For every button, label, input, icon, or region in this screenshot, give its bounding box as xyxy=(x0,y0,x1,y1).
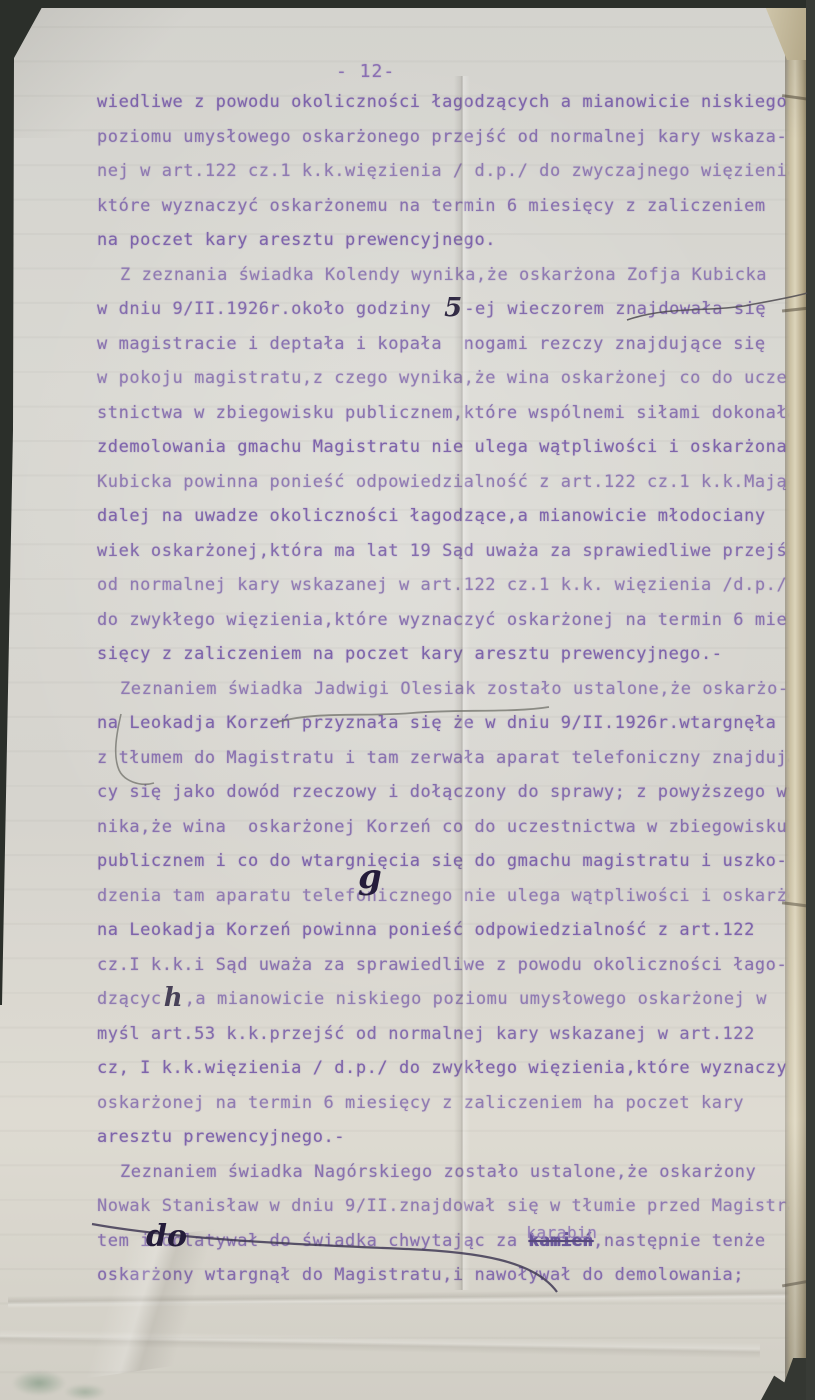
typed-text: dalej na uwadze okoliczności łagodzące,a… xyxy=(97,506,766,526)
typed-text: -ej wieczorem znajdowała się xyxy=(464,299,766,319)
typed-text: oskarżony wtargnął do Magistratu,i nawoł… xyxy=(97,1265,744,1285)
typed-text: wiedliwe z powodu okoliczności łagodzący… xyxy=(97,92,787,112)
typed-line: Zeznaniem świadka Jadwigi Olesiak został… xyxy=(97,672,811,707)
typed-line: Kubicka powinna ponieść odpowiedzialność… xyxy=(97,465,811,500)
typed-text: dzenia tam aparatu telefonicznego nie ul… xyxy=(97,886,798,906)
typed-line: oskarżonej na termin 6 miesięcy z zalicz… xyxy=(97,1086,811,1121)
typed-text: Nowak Stanisław w dniu 9/II.znajdował si… xyxy=(97,1196,798,1216)
typed-line: od normalnej kary wskazanej w art.122 cz… xyxy=(97,568,811,603)
typed-word-above: karabin xyxy=(526,1216,597,1251)
typed-text: na Leokadja Korzeń powinna ponieść odpow… xyxy=(97,920,755,940)
typed-text: do zwykłego więzienia,które wyznaczyć os… xyxy=(97,610,787,630)
typed-line: poziomu umysłowego oskarżonego przejść o… xyxy=(97,120,811,155)
typed-line: cz.I k.k.i Sąd uważa za sprawiedliwe z p… xyxy=(97,948,811,983)
typed-line: nej w art.122 cz.1 k.k.więzienia / d.p./… xyxy=(97,154,811,189)
typed-text: nej w art.122 cz.1 k.k.więzienia / d.p./… xyxy=(97,161,798,181)
typed-text: w dniu 9/II.1926r.około godziny xyxy=(97,299,442,319)
typed-line: publicznem i co do wtargnięcia się do gm… xyxy=(97,844,811,879)
typed-line: oskarżony wtargnął do Magistratu,i nawoł… xyxy=(97,1258,811,1293)
typed-line: które wyznaczyć oskarżonemu na termin 6 … xyxy=(97,189,811,224)
struck-word: kamieńkarabin xyxy=(528,1231,593,1251)
typed-line: cz, I k.k.więzienia / d.p./ do zwykłego … xyxy=(97,1051,811,1086)
typed-text: ,następnie tenże xyxy=(593,1231,766,1251)
typed-line: Z zeznania świadka Kolendy wynika,że osk… xyxy=(97,258,811,293)
typed-text: cz, I k.k.więzienia / d.p./ do zwykłego … xyxy=(97,1058,787,1078)
typed-text: aresztu prewencyjnego.- xyxy=(97,1127,345,1147)
typed-text: zdemolowania gmachu Magistratu nie ulega… xyxy=(97,437,787,457)
typed-line: sięcy z zaliczeniem na poczet kary aresz… xyxy=(97,637,811,672)
typed-line: myśl art.53 k.k.przejść od normalnej kar… xyxy=(97,1017,811,1052)
typed-text: w pokoju magistratu,z czego wynika,że wi… xyxy=(97,368,787,388)
handwritten-correction: h xyxy=(164,983,183,1013)
typed-line: w dniu 9/II.1926r.około godziny 5-ej wie… xyxy=(97,292,811,327)
typed-text: na poczet kary aresztu prewencyjnego. xyxy=(97,230,496,250)
typed-text: ,a mianowicie niskiego poziomu umysłoweg… xyxy=(185,989,767,1009)
typed-line: Zeznaniem świadka Nagórskiego zostało us… xyxy=(97,1155,811,1190)
typed-line: w magistracie i deptała i kopała nogami … xyxy=(97,327,811,362)
typed-line: wiek oskarżonej,która ma lat 19 Sąd uważ… xyxy=(97,534,811,569)
typed-text: nika,że wina oskarżonej Korzeń co do ucz… xyxy=(97,817,787,837)
typed-text: dzącyc xyxy=(97,989,162,1009)
typed-text: sięcy z zaliczeniem na poczet kary aresz… xyxy=(97,644,723,664)
typed-text: Zeznaniem świadka Jadwigi Olesiak został… xyxy=(120,679,789,699)
typed-line: dalej na uwadze okoliczności łagodzące,a… xyxy=(97,499,811,534)
typed-text: z tłumem do Magistratu i tam zerwała apa… xyxy=(97,748,798,768)
scanned-document: - 12- wiedliwe z powodu okoliczności łag… xyxy=(0,0,815,1400)
typed-text: publicznem i co do wtargnięcia się do gm… xyxy=(97,851,787,871)
page-edge-strip xyxy=(785,0,807,1400)
typed-text: od normalnej kary wskazanej w art.122 cz… xyxy=(97,575,787,595)
typed-text: Z zeznania świadka Kolendy wynika,że osk… xyxy=(120,265,767,285)
scan-edge-right xyxy=(806,0,815,1400)
typed-text-block: wiedliwe z powodu okoliczności łagodzący… xyxy=(97,85,811,1293)
typed-text: które wyznaczyć oskarżonemu na termin 6 … xyxy=(97,196,766,216)
typed-text: tem i dolatywał do świadka chwytając za xyxy=(97,1231,528,1251)
typed-line: dzących,a mianowicie niskiego poziomu um… xyxy=(97,982,811,1017)
typed-line: na Leokadja Korzeń powinna ponieść odpow… xyxy=(97,913,811,948)
typed-text: stnictwa w zbiegowisku publicznem,które … xyxy=(97,403,798,423)
typed-line: dzenia tam aparatu telefonicznego nie ul… xyxy=(97,879,811,914)
typed-line: nika,że wina oskarżonej Korzeń co do ucz… xyxy=(97,810,811,845)
typed-line: wiedliwe z powodu okoliczności łagodzący… xyxy=(97,85,811,120)
scan-edge-top xyxy=(0,0,815,8)
typed-text: wiek oskarżonej,która ma lat 19 Sąd uważ… xyxy=(97,541,798,561)
typed-text: Kubicka powinna ponieść odpowiedzialność… xyxy=(97,472,798,492)
typed-text: poziomu umysłowego oskarżonego przejść o… xyxy=(97,127,787,147)
handwritten-correction: 5 xyxy=(444,293,462,323)
typed-line: stnictwa w zbiegowisku publicznem,które … xyxy=(97,396,811,431)
typed-line: Nowak Stanisław w dniu 9/II.znajdował si… xyxy=(97,1189,811,1224)
typed-text: myśl art.53 k.k.przejść od normalnej kar… xyxy=(97,1024,755,1044)
typed-text: oskarżonej na termin 6 miesięcy z zalicz… xyxy=(97,1093,744,1113)
typed-text: w magistracie i deptała i kopała nogami … xyxy=(97,334,766,354)
typed-line: tem i dolatywał do świadka chwytając za … xyxy=(97,1224,811,1259)
typed-line: cy się jako dowód rzeczowy i dołączony d… xyxy=(97,775,811,810)
typed-text: na Leokadja Korzeń przyznała się że w dn… xyxy=(97,713,776,733)
typed-line: aresztu prewencyjnego.- xyxy=(97,1120,811,1155)
typed-line: w pokoju magistratu,z czego wynika,że wi… xyxy=(97,361,811,396)
typed-text: cz.I k.k.i Sąd uważa za sprawiedliwe z p… xyxy=(97,955,787,975)
typed-line: z tłumem do Magistratu i tam zerwała apa… xyxy=(97,741,811,776)
typed-line: do zwykłego więzienia,które wyznaczyć os… xyxy=(97,603,811,638)
page-number: - 12- xyxy=(336,60,395,84)
typed-line: zdemolowania gmachu Magistratu nie ulega… xyxy=(97,430,811,465)
typed-line: na poczet kary aresztu prewencyjnego. xyxy=(97,223,811,258)
typed-text: Zeznaniem świadka Nagórskiego zostało us… xyxy=(120,1162,756,1182)
typed-line: na Leokadja Korzeń przyznała się że w dn… xyxy=(97,706,811,741)
typed-text: cy się jako dowód rzeczowy i dołączony d… xyxy=(97,782,798,802)
